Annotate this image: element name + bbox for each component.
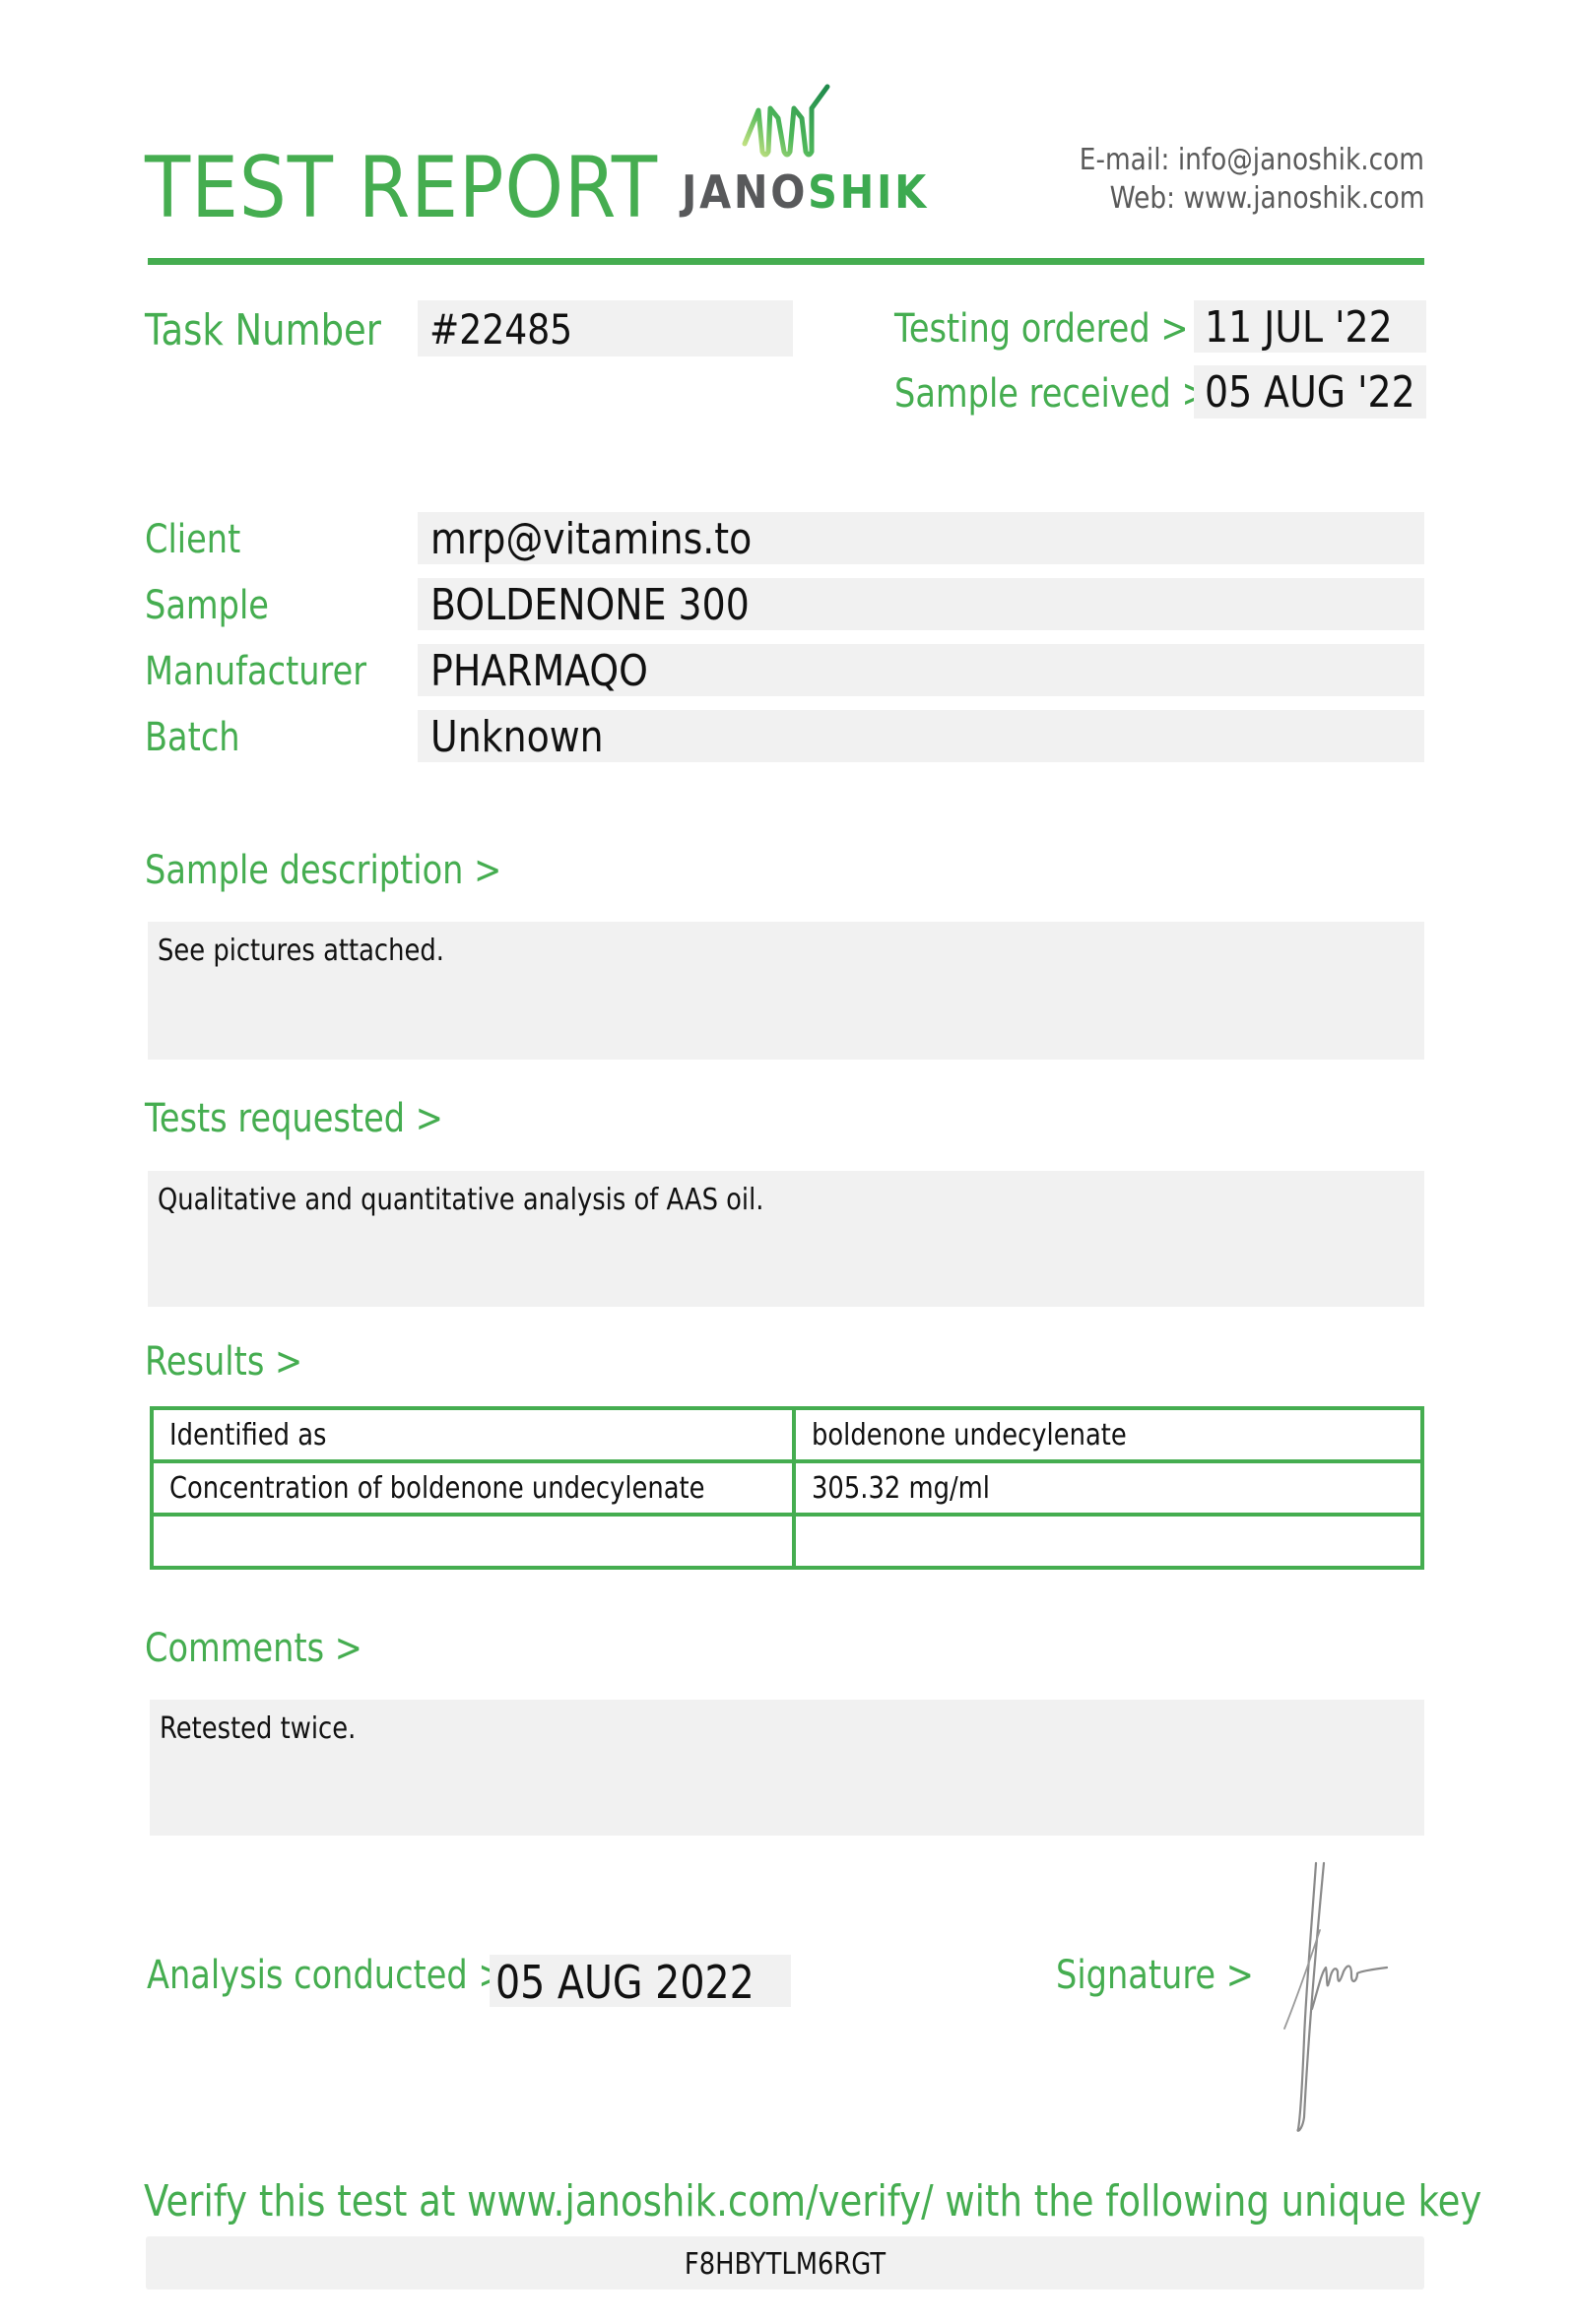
sample-received-value: 05 AUG '22 (1205, 371, 1415, 415)
page-title: TEST REPORT (145, 146, 658, 230)
tests-requested-text: Qualitative and quantitative analysis of… (158, 1183, 763, 1218)
sample-description-text: See pictures attached. (158, 934, 444, 969)
results-value: boldenone undecylenate (812, 1418, 1127, 1452)
task-number-field: #22485 (418, 300, 793, 356)
tests-requested-heading: Tests requested > (145, 1099, 443, 1138)
header-divider (148, 258, 1424, 265)
sample-description-heading: Sample description > (145, 851, 501, 890)
results-parameter: Concentration of boldenone undecylenate (169, 1471, 705, 1506)
sample-received-label: Sample received > (894, 374, 1210, 414)
analysis-date-field: 05 AUG 2022 (490, 1955, 791, 2007)
logo-text-dark: JANO (682, 165, 808, 219)
results-parameter-cell (152, 1515, 794, 1568)
signature-image (1277, 1861, 1395, 2157)
client-label: Client (145, 520, 240, 559)
sample-received-field: 05 AUG '22 (1194, 365, 1426, 419)
unique-key-field[interactable]: F8HBYTLM6RGT (146, 2236, 1424, 2290)
manufacturer-value: PHARMAQO (430, 650, 648, 693)
tests-requested-box: Qualitative and quantitative analysis of… (148, 1171, 1424, 1307)
manufacturer-label: Manufacturer (145, 652, 366, 691)
contact-email[interactable]: E-mail: info@janoshik.com (1080, 146, 1424, 175)
testing-ordered-label: Testing ordered > (894, 309, 1189, 349)
comments-heading: Comments > (145, 1629, 362, 1668)
client-field: mrp@vitamins.to (418, 512, 1424, 564)
contact-web[interactable]: Web: www.janoshik.com (1109, 184, 1424, 214)
results-heading: Results > (145, 1342, 302, 1382)
sample-field: BOLDENONE 300 (418, 578, 1424, 630)
client-value: mrp@vitamins.to (430, 518, 752, 561)
batch-label: Batch (145, 718, 240, 757)
results-row: Concentration of boldenone undecylenate3… (152, 1461, 1422, 1515)
batch-value: Unknown (430, 716, 604, 759)
batch-field: Unknown (418, 710, 1424, 762)
results-value-cell (794, 1515, 1422, 1568)
task-number-label: Task Number (145, 309, 381, 353)
analysis-date-value: 05 AUG 2022 (495, 1960, 755, 2005)
logo-wordmark: JANOSHIK (682, 169, 929, 215)
results-table: Identified asboldenone undecylenateConce… (150, 1406, 1424, 1570)
results-parameter-cell: Identified as (152, 1408, 794, 1461)
results-parameter: Identified as (169, 1418, 326, 1452)
manufacturer-field: PHARMAQO (418, 644, 1424, 696)
logo-text-accent: SHIK (808, 165, 929, 219)
sample-label: Sample (145, 586, 269, 625)
results-value: 305.32 mg/ml (812, 1471, 990, 1506)
results-row: Identified asboldenone undecylenate (152, 1408, 1422, 1461)
analysis-conducted-label: Analysis conducted > (147, 1956, 506, 1995)
task-number-value: #22485 (429, 309, 572, 351)
sample-value: BOLDENONE 300 (430, 584, 750, 627)
sample-description-box: See pictures attached. (148, 922, 1424, 1060)
comments-text: Retested twice. (160, 1711, 356, 1747)
results-row (152, 1515, 1422, 1568)
results-value-cell: boldenone undecylenate (794, 1408, 1422, 1461)
janoshik-chart-icon (739, 83, 837, 161)
verify-instructions: Verify this test at www.janoshik.com/ver… (144, 2180, 1481, 2224)
signature-label: Signature > (1056, 1956, 1254, 1995)
unique-key-value: F8HBYTLM6RGT (235, 2250, 1335, 2280)
comments-box: Retested twice. (150, 1700, 1424, 1836)
testing-ordered-field: 11 JUL '22 (1194, 300, 1426, 353)
testing-ordered-value: 11 JUL '22 (1205, 306, 1393, 350)
results-value-cell: 305.32 mg/ml (794, 1461, 1422, 1515)
results-parameter-cell: Concentration of boldenone undecylenate (152, 1461, 794, 1515)
